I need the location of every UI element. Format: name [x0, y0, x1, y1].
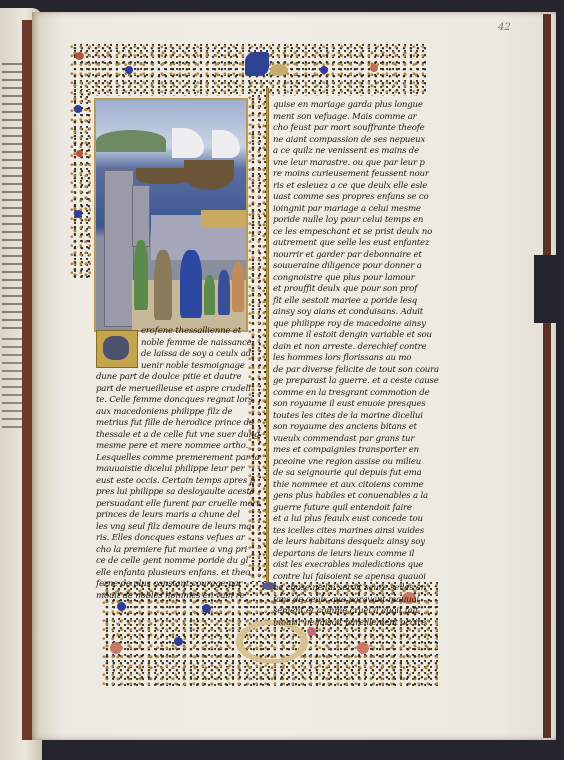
figure-lady [134, 240, 148, 310]
left-column-text: dune part de doulce pitie et dautre part… [96, 372, 260, 602]
text-line: aux macedoniens philippe filz de [96, 407, 260, 419]
text-line: comme en la tresgrant commotion de [273, 388, 439, 400]
right-column-text: quise en mariage garda plus longue ment … [273, 100, 439, 629]
text-line: ge preparast la guerre. et a ceste cause [273, 376, 439, 388]
flower-icon [117, 602, 126, 611]
gold-column-rule [266, 88, 269, 586]
folio-number: 42 [498, 22, 511, 33]
castle-tower [104, 170, 134, 327]
text-line: ne aiant compassion de ses nepueux [273, 135, 439, 147]
text-line: mes et compaignies transporter en [273, 445, 439, 457]
text-line: ferne de plus constant courage par [96, 579, 260, 591]
text-line: uenir noble tesmoignage [141, 361, 251, 373]
text-line: de laissa de soy a ceulx ad [141, 349, 251, 361]
text-line: departans de leurs lieux comme il [273, 549, 439, 561]
text-line: uast comme ses propres enfans se co [273, 192, 439, 204]
text-line: et prouffit deulx que pour son prof [273, 284, 439, 296]
ship-icon [184, 160, 234, 190]
text-line: cho la premiere fut mariee a vng pri [96, 545, 260, 557]
text-line: autrement que selle les eust enfantez [273, 238, 439, 250]
text-line: mourir ne faisoit pareillement occire [273, 618, 439, 630]
flower-icon [75, 52, 84, 60]
text-line: poride nulle loy pour celui temps en [273, 215, 439, 227]
page-marker-tab [534, 255, 564, 323]
figure-man [232, 262, 244, 312]
flower-icon [245, 52, 269, 76]
text-line: tes icelles cites marines ainsi vuides [273, 526, 439, 538]
text-line: les hommes lors florissans au mo [273, 353, 439, 365]
text-line: thessale et a de celle fut vne suer dung [96, 430, 260, 442]
text-line: pceoine vne region assise ou milieu [273, 457, 439, 469]
text-line: sement et comme cruel il auoit fait [273, 606, 439, 618]
flower-icon [125, 66, 133, 74]
sail-icon [172, 128, 204, 158]
text-line: quise en mariage garda plus longue [273, 100, 439, 112]
text-line: que philippe roy de macedoine ainsy [273, 319, 439, 331]
text-line: dune part de doulce pitie et dautre [96, 372, 260, 384]
flower-icon [320, 66, 328, 74]
text-line: toutes les cites de la marine dicellui [273, 411, 439, 423]
text-line: pres lui philippe sa desloyaulte aceste [96, 487, 260, 499]
text-line: thie nommee et aux citoiens comme [273, 480, 439, 492]
text-line: ne chose ne lui seroit seure se les en [273, 583, 439, 595]
text-line: ainsy soy aians et conduisans. Aduit [273, 307, 439, 319]
floral-border-top [70, 44, 426, 96]
castle-tower [132, 185, 150, 247]
text-line: ment son vefuage. Mais comme ar [273, 112, 439, 124]
text-line: vueulx commendast par grans tur [273, 434, 439, 446]
text-line: son royaume il eust enuoie presques [273, 399, 439, 411]
distant-hill [96, 130, 166, 152]
text-line: gens plus habiles et conuenables a la [273, 491, 439, 503]
flower-icon [74, 210, 82, 218]
text-line: fans de ceulx que paravant mauuai [273, 595, 439, 607]
text-line: persuadant elle furent par cruelle mort [96, 499, 260, 511]
text-line: elle enfanta plusieurs enfans. et theo [96, 568, 260, 580]
flower-icon [270, 64, 288, 76]
text-line: comme il estoit dengin variable et sou [273, 330, 439, 342]
text-line: Lesquelles comme premerement par la [96, 453, 260, 465]
text-line: a ce quilz ne venissent es mains de [273, 146, 439, 158]
text-line: moult de nobles hommes en vain re [96, 591, 260, 603]
text-line: cho feust par mort souffrante theofe [273, 123, 439, 135]
text-line: de par diverse felicite de tout son cour… [273, 365, 439, 377]
figure-child [218, 270, 230, 315]
text-line: ioingnit par mariage a celui mesme [273, 204, 439, 216]
text-line: ris et esleuez a ce que deulx elle esle [273, 181, 439, 193]
left-column-text-beside-initial: erofene thessallienne et noble femme de … [141, 326, 251, 372]
text-line: son royaume des anciens bitans et [273, 422, 439, 434]
text-line: contre lui faisoient se apensa quauoi [273, 572, 439, 584]
text-line: re moins curieusement feussent nour [273, 169, 439, 181]
flower-icon [74, 105, 82, 113]
text-line: de sa seignourie qui depuis fut ema [273, 468, 439, 480]
text-line: mesme pere et mere nommee artho. [96, 441, 260, 453]
text-line: metrius fut fille de herodice prince de [96, 418, 260, 430]
text-line: part de merueilleuse et aspre crudeli [96, 384, 260, 396]
flower-icon [110, 642, 122, 654]
floral-border-left [70, 90, 92, 280]
text-line: guerre future quil entendoit faire [273, 503, 439, 515]
figure-child [204, 275, 215, 315]
flower-icon [370, 64, 378, 72]
flower-icon [202, 604, 211, 613]
text-line: ris. Elles doncques estans vefues ar [96, 533, 260, 545]
text-line: eust este occis. Certain temps apres p [96, 476, 260, 488]
text-line: et a lui plus feaulx eust concede tou [273, 514, 439, 526]
text-line: congnoistre que plus pour lamour [273, 273, 439, 285]
text-line: souueraine diligence pour donner a [273, 261, 439, 273]
book-spine [22, 20, 32, 740]
text-line: de leurs habitans desquelz ainsy soy [273, 537, 439, 549]
figure-traveler [154, 250, 172, 320]
text-line: te. Celle femme doncques regnat lors [96, 395, 260, 407]
text-line: les vng seul filz demoure de leurs ma [96, 522, 260, 534]
figure-queen [180, 250, 202, 318]
text-line: dain et non arreste. derechief contre [273, 342, 439, 354]
text-line: mauuaistie dicelui philippe leur per [96, 464, 260, 476]
text-line: princes de leurs maris a chune del [96, 510, 260, 522]
ship-icon [136, 168, 191, 184]
house-roof [201, 210, 246, 228]
text-line: ce les empeschant et se prist deulx no [273, 227, 439, 239]
decorated-initial [96, 330, 138, 368]
illuminated-miniature [94, 98, 248, 332]
flower-icon [174, 637, 183, 646]
text-line: fit elle sestoit mariee a poride lesq [273, 296, 439, 308]
text-line: nourrir et garder par debonnaire et [273, 250, 439, 262]
flower-icon [357, 642, 369, 654]
page-edge-binding [543, 14, 551, 738]
text-line: oist les execrables maledictions que [273, 560, 439, 572]
text-line: vne leur marastre. ou que par leur p [273, 158, 439, 170]
sail-icon [212, 130, 240, 158]
text-line: erofene thessallienne et [141, 326, 251, 338]
text-line: noble femme de naissance [141, 338, 251, 350]
text-line: ce de celle gent nomme poride du gl [96, 556, 260, 568]
flower-icon [76, 150, 83, 157]
